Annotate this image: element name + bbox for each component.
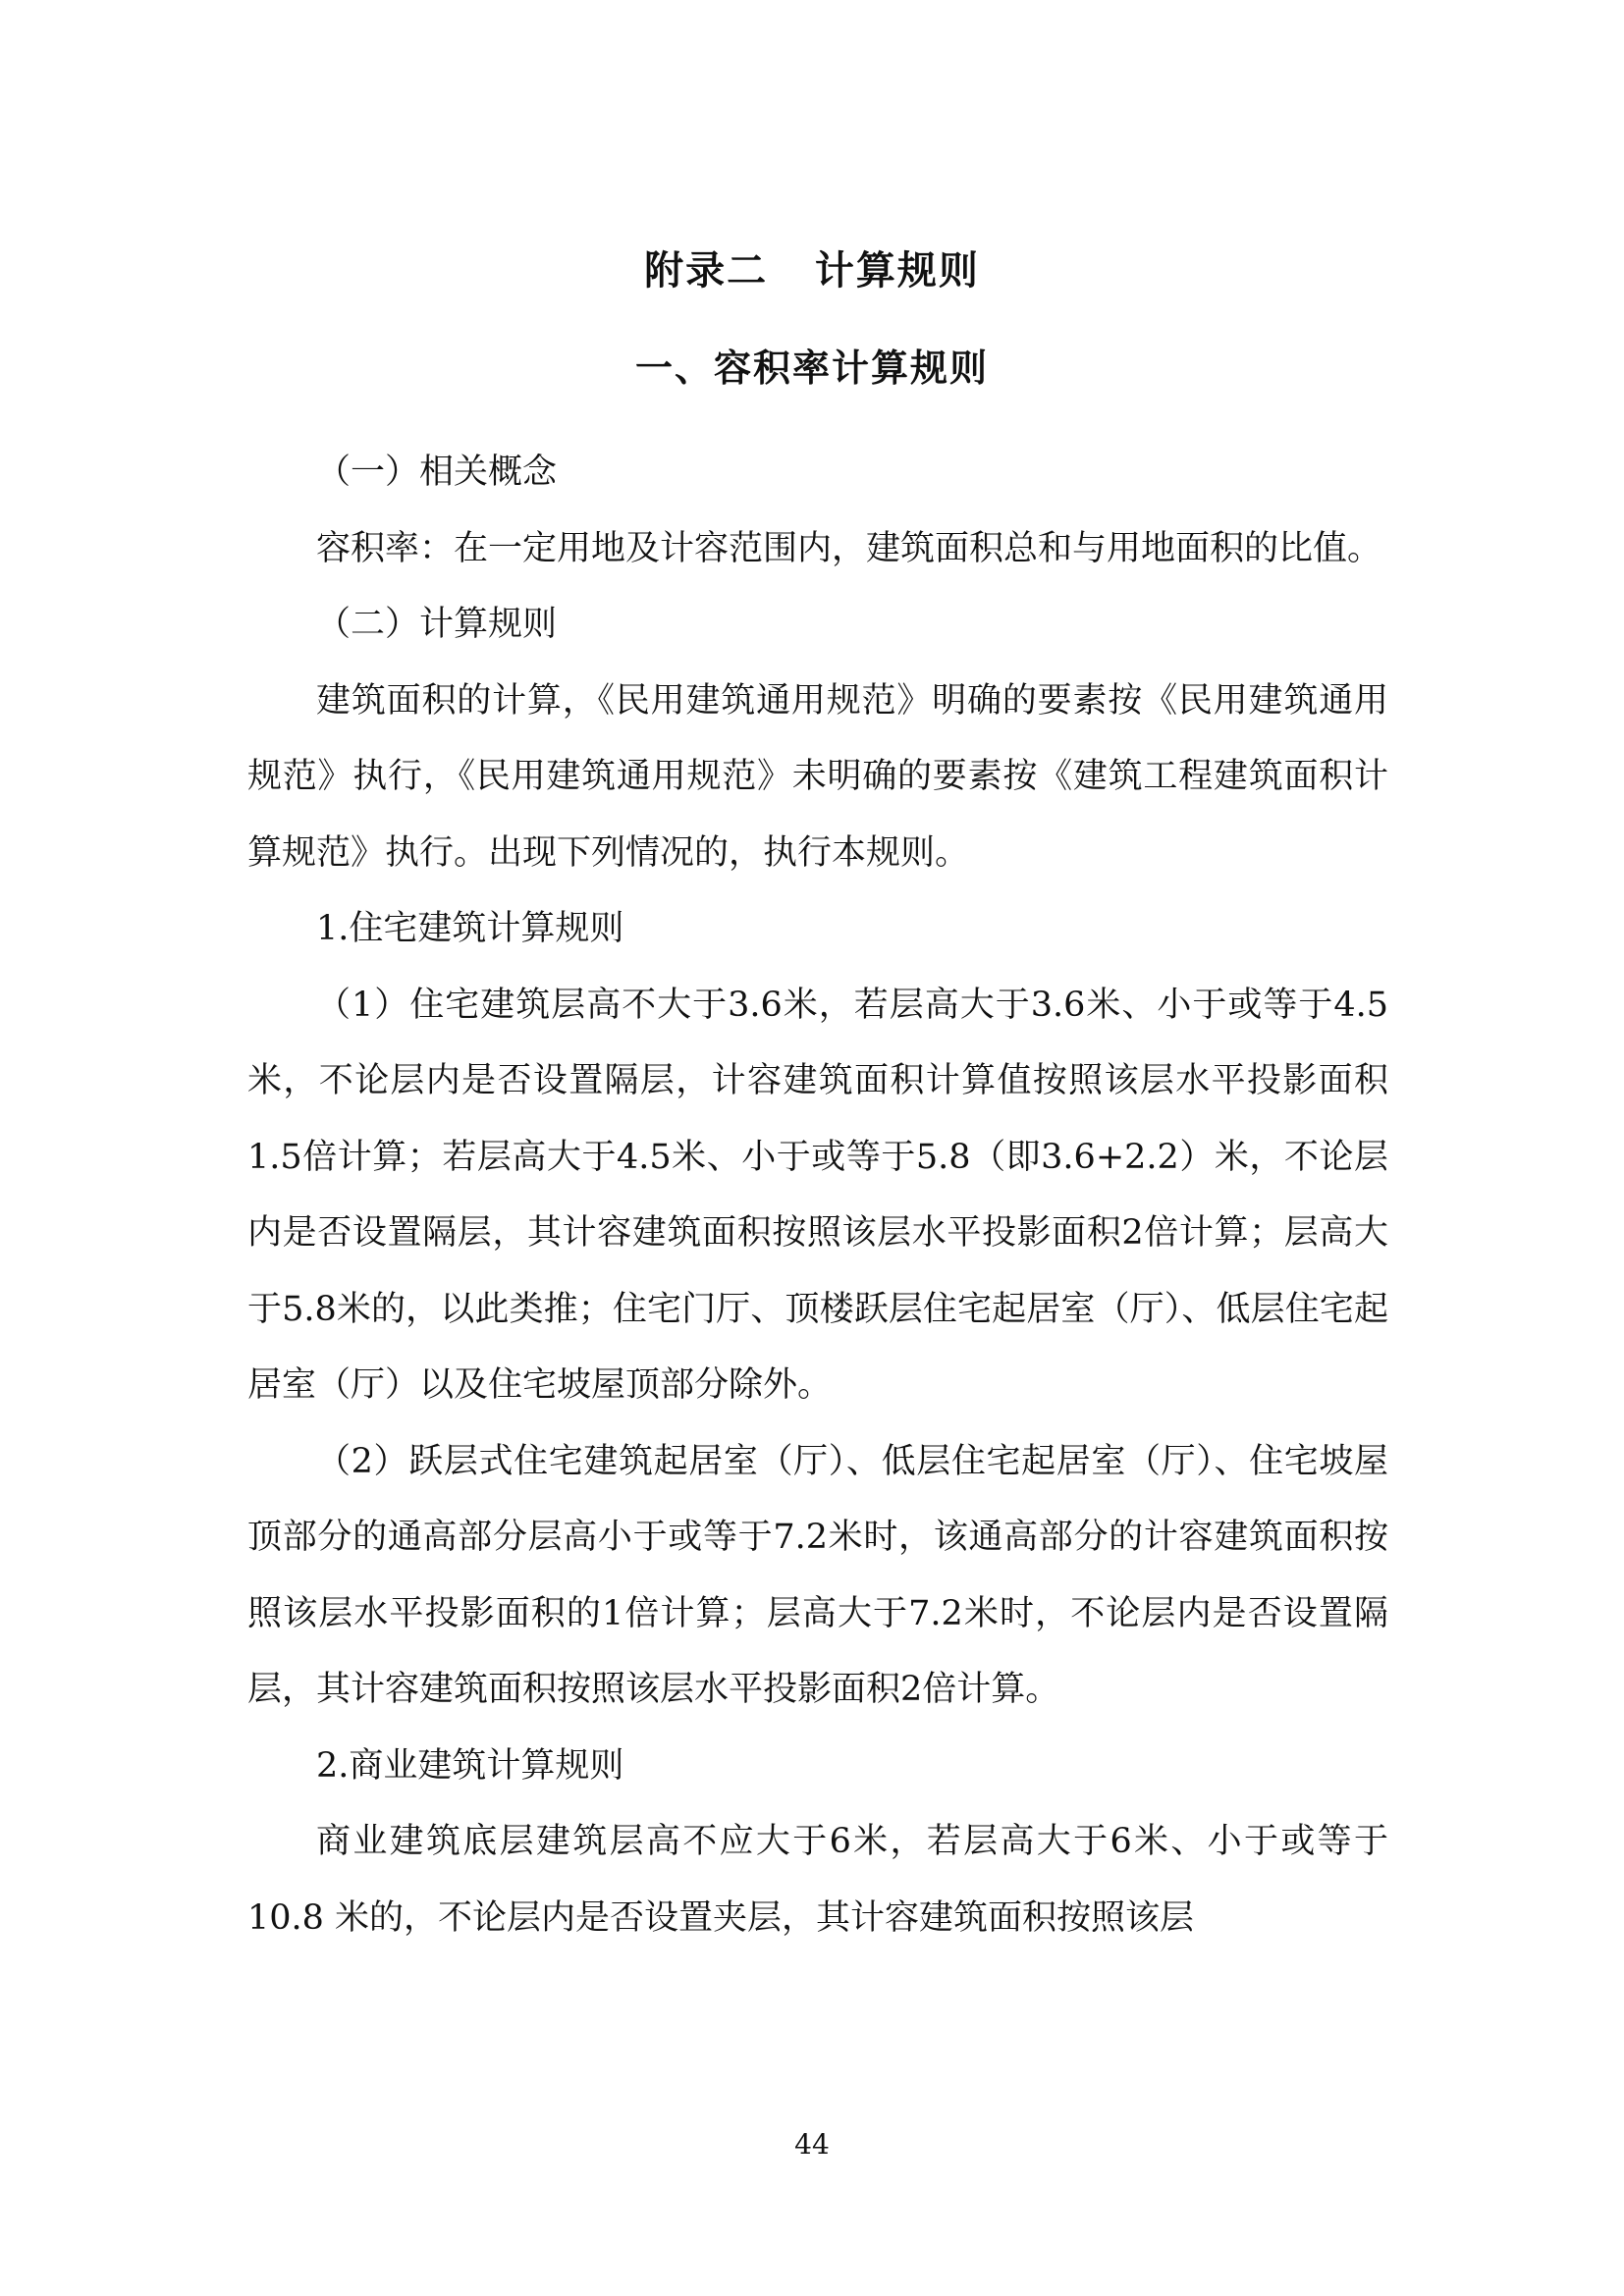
paragraph-area-calculation: 建筑面积的计算，《民用建筑通用规范》明确的要素按《民用建筑通用规范》执行，《民用… [247,664,1388,892]
paragraph-commercial-rule: 商业建筑底层建筑层高不应大于6米，若层高大于6米、小于或等于 10.8 米的，不… [247,1804,1388,1956]
page-title: 附录二 计算规则 [0,240,1624,295]
subsection-heading-concepts: （一）相关概念 [247,435,1388,511]
paragraph-residential-rule-1: （1）住宅建筑层高不大于3.6米，若层高大于3.6米、小于或等于4.5米，不论层… [247,968,1388,1424]
item-heading-residential: 1.住宅建筑计算规则 [247,891,1388,968]
section-title: 一、容积率计算规则 [0,338,1624,392]
subsection-heading-rules: （二）计算规则 [247,587,1388,664]
paragraph-definition: 容积率：在一定用地及计容范围内，建筑面积总和与用地面积的比值。 [247,511,1388,588]
body-text: （一）相关概念 容积率：在一定用地及计容范围内，建筑面积总和与用地面积的比值。 … [247,435,1388,1956]
page-number: 44 [0,2128,1624,2161]
paragraph-residential-rule-2: （2）跃层式住宅建筑起居室（厅）、低层住宅起居室（厅）、住宅坡屋顶部分的通高部分… [247,1424,1388,1729]
item-heading-commercial: 2.商业建筑计算规则 [247,1729,1388,1805]
